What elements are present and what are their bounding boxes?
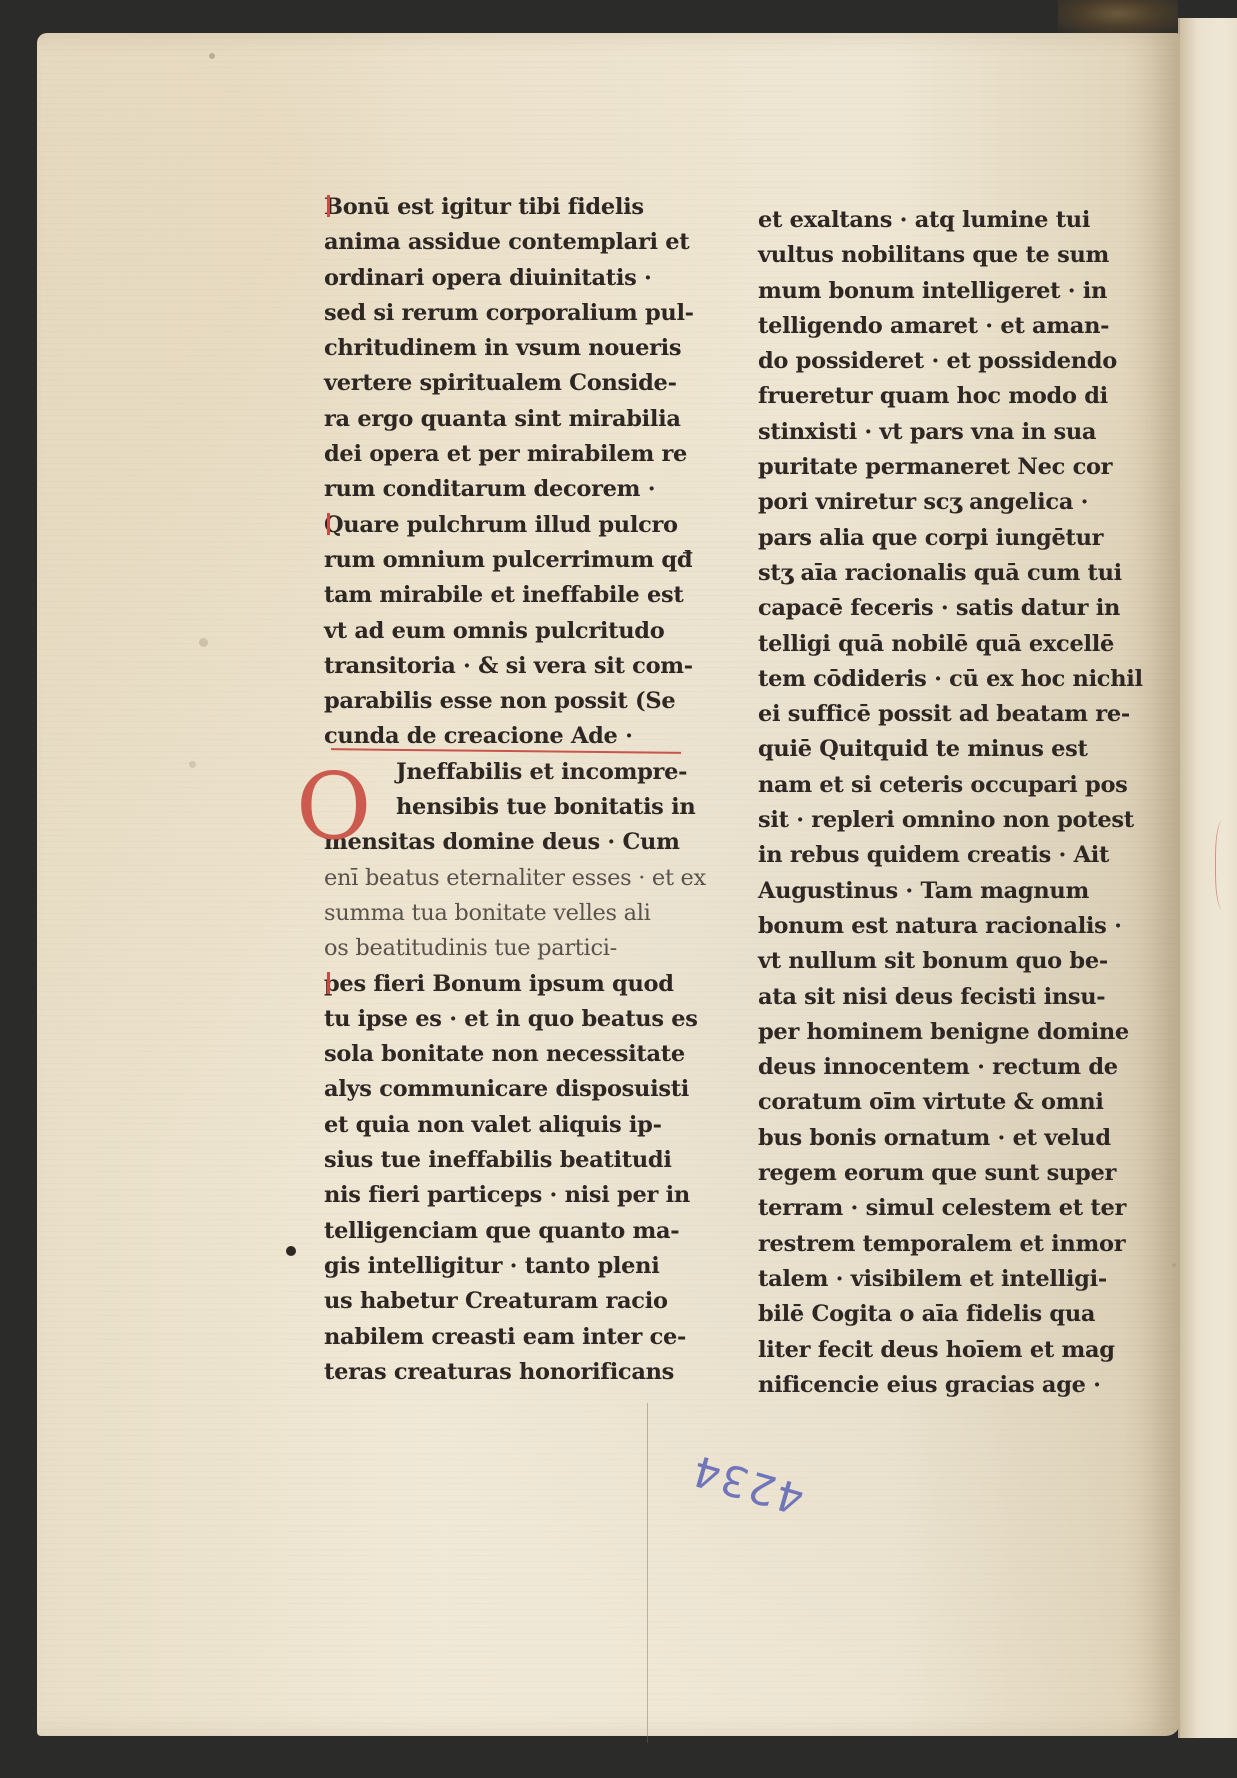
- text-line: sit · repleri omnino non potest: [758, 803, 1138, 838]
- text-line: alys communicare disposuisti: [324, 1072, 684, 1107]
- foxing-spot: [199, 638, 208, 647]
- text-line: ordinari opera diuinitatis ·: [324, 261, 684, 296]
- text-line: Augustinus · Tam magnum: [758, 874, 1138, 909]
- text-line: sola bonitate non necessitate: [324, 1037, 684, 1072]
- text-line: rum conditarum decorem ·: [324, 472, 684, 507]
- text-line: gis intelligitur · tanto pleni: [324, 1249, 684, 1284]
- text-line: ata sit nisi deus fecisti insu-: [758, 980, 1138, 1015]
- text-line: quiē Quitquid te minus est: [758, 732, 1138, 767]
- text-line: bonum est natura racionalis ·: [758, 909, 1138, 944]
- text-line: nis fieri particeps · nisi per in: [324, 1178, 684, 1213]
- text-line: coratum oīm virtute & omni: [758, 1085, 1138, 1120]
- text-line: transitoria · & si vera sit com-: [324, 649, 684, 684]
- text-line: restrem temporalem et inmor: [758, 1227, 1138, 1262]
- text-line: tu ipse es · et in quo beatus es: [324, 1002, 684, 1037]
- text-line: us habetur Creaturam racio: [324, 1284, 684, 1319]
- text-line: pars alia que corpi iungētur: [758, 521, 1138, 556]
- text-line: vultus nobilitans que te sum: [758, 238, 1138, 273]
- text-line: liter fecit deus hoīem et mag: [758, 1333, 1138, 1368]
- text-line: telligi quā nobilē quā excellē: [758, 627, 1138, 662]
- text-line: anima assidue contemplari et: [324, 225, 684, 260]
- text-line: nam et si ceteris occupari pos: [758, 768, 1138, 803]
- text-line: Jneffabilis et incompre-: [324, 755, 684, 790]
- margin-red-mark: [1215, 820, 1234, 910]
- text-line: puritate permaneret Nec cor: [758, 450, 1138, 485]
- text-line: stinxisti · vt pars vna in sua: [758, 415, 1138, 450]
- scan-background: Bonū est igitur tibi fidelis anima assid…: [0, 0, 1237, 1778]
- text-line: sius tue ineffabilis beatitudi: [324, 1143, 684, 1178]
- text-line: Quare pulchrum illud pulcro: [324, 508, 684, 543]
- text-line: per hominem benigne domine: [758, 1015, 1138, 1050]
- text-line: pes fieri Bonum ipsum quod: [324, 967, 684, 1002]
- text-line: enī beatus eternaliter esses · et ex: [324, 861, 684, 896]
- text-line: vt ad eum omnis pulcritudo: [324, 614, 684, 649]
- foxing-spot: [189, 761, 196, 768]
- right-text-column: et exaltans · atq̧ lumine tui vultus nob…: [758, 203, 1138, 1403]
- text-line: ei sufficē possit ad beatam re-: [758, 697, 1138, 732]
- text-line: deus innocentem · rectum de: [758, 1050, 1138, 1085]
- text-line: dei opera et per mirabilem re: [324, 437, 684, 472]
- text-line: regem eorum que sunt super: [758, 1156, 1138, 1191]
- text-line: terram · simul celestem et ter: [758, 1191, 1138, 1226]
- text-line: talem · visibilem et intelligi-: [758, 1262, 1138, 1297]
- text-line: bilē Cogita o aīa fidelis qua: [758, 1297, 1138, 1332]
- text-line: pori vniretur scʒ angelica ·: [758, 485, 1138, 520]
- text-line: mum bonum intelligeret · in: [758, 274, 1138, 309]
- text-line: et exaltans · atq̧ lumine tui: [758, 203, 1138, 238]
- text-line: telligendo amaret · et aman-: [758, 309, 1138, 344]
- text-line: sed si rerum corporalium pul-: [324, 296, 684, 331]
- foxing-spot: [1172, 1263, 1176, 1267]
- text-line: os beatitudinis tue partici-: [324, 931, 684, 966]
- text-line: nificencie eius gracias age ·: [758, 1368, 1138, 1403]
- text-line: ra ergo quanta sint mirabilia: [324, 402, 684, 437]
- text-line: tam mirabile et ineffabile est: [324, 578, 684, 613]
- book-binding: [1058, 0, 1178, 34]
- text-line: vt nullum sit bonum quo be-: [758, 944, 1138, 979]
- text-line: bus bonis ornatum · et velud: [758, 1121, 1138, 1156]
- text-line: chritudinem in vsum noueris: [324, 331, 684, 366]
- drop-cap-initial: O: [296, 768, 354, 846]
- text-line: summa tua bonitate velles ali: [324, 896, 684, 931]
- text-line: telligenciam que quanto ma-: [324, 1214, 684, 1249]
- margin-dot: [286, 1246, 296, 1256]
- text-line: vertere spiritualem Conside-: [324, 366, 684, 401]
- text-line: tem cōdideris · cū ex hoc nichil: [758, 662, 1138, 697]
- left-text-column: Bonū est igitur tibi fidelis anima assid…: [324, 190, 684, 1390]
- page-crease: [647, 1403, 648, 1743]
- foxing-spot: [209, 53, 215, 59]
- text-line: nabilem creasti eam inter ce-: [324, 1320, 684, 1355]
- text-line: stʒ aīa racionalis quā cum tui: [758, 556, 1138, 591]
- text-line: Bonū est igitur tibi fidelis: [324, 190, 684, 225]
- text-line: et quia non valet aliquis ip-: [324, 1108, 684, 1143]
- text-line: parabilis esse non possit (Se: [324, 684, 684, 719]
- text-line: hensibis tue bonitatis in: [324, 790, 684, 825]
- text-line: rum omnium pulcerrimum qđ: [324, 543, 684, 578]
- text-line: frueretur quam hoc modo di: [758, 379, 1138, 414]
- text-line: teras creaturas honorificans: [324, 1355, 684, 1390]
- text-line: do possideret · et possidendo: [758, 344, 1138, 379]
- text-line: in rebus quidem creatis · Ait: [758, 838, 1138, 873]
- text-line: capacē feceris · satis datur in: [758, 591, 1138, 626]
- text-line: mensitas domine deus · Cum: [324, 825, 684, 860]
